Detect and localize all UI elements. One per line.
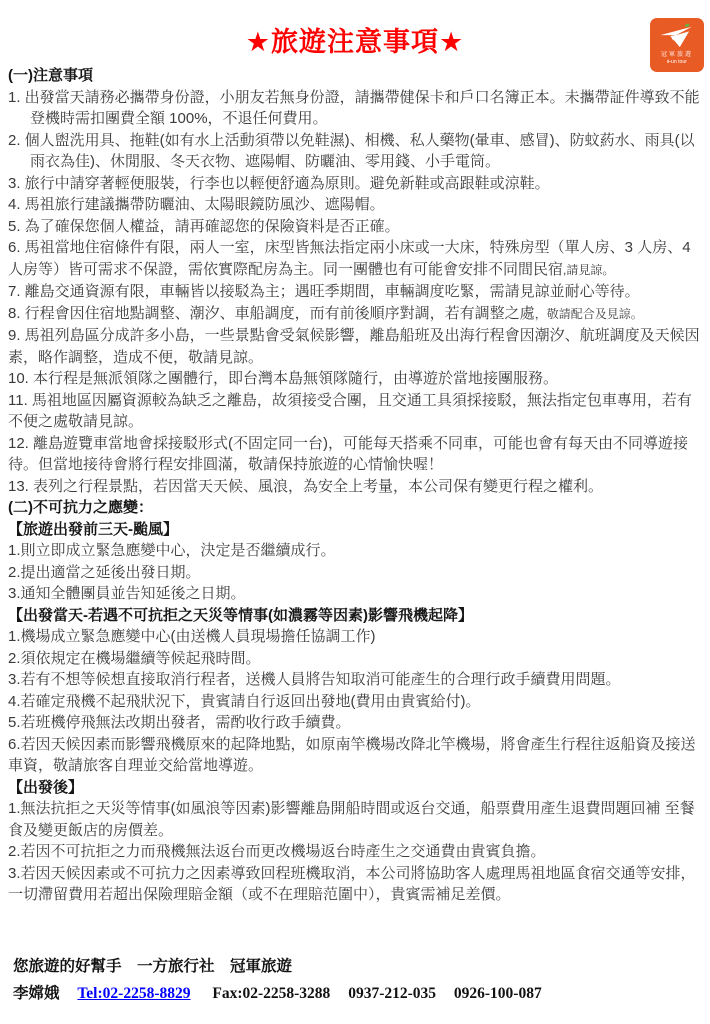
notice-item-4-text: 4. 馬祖旅行建議攜帶防曬油、太陽眼鏡防風沙、遮陽帽。 <box>8 196 385 213</box>
subsection-typhoon-heading: 【旅遊出發前三天-颱風】 <box>8 519 702 541</box>
notice-content: (一)注意事項 1. 出發當天請務必攜帶身份證，小朋友若無身份證，請攜帶健保卡和… <box>0 65 710 906</box>
notice-item-10: 10. 本行程是無派領隊之團體行，即台灣本島無領隊隨行，由導遊於當地接團服務。 <box>8 368 702 390</box>
notice-item-5-text: 5. 為了確保您個人權益，請再確認您的保險資料是否正確。 <box>8 218 400 235</box>
after-departure-item-3: 3.若因天候因素或不可抗力之因素導致回程班機取消，本公司將協助客人處理馬祖地區食… <box>8 863 702 906</box>
footer-slogan: 您旅遊的好幫手 一方旅行社 冠軍旅遊 <box>13 953 556 980</box>
notice-item-11: 11. 馬祖地區因屬資源較為缺乏之離島，故須接受合團，且交通工具須採接駁，無法指… <box>8 390 702 433</box>
notice-item-3: 3. 旅行中請穿著輕便服裝，行李也以輕便舒適為原則。避免新鞋或高跟鞋或涼鞋。 <box>8 173 702 195</box>
section2-heading: (二)不可抗力之應變： <box>8 497 702 519</box>
departure-day-item-6: 6.若因天候因素而影響飛機原來的起降地點，如原南竿機場改降北竿機場，將會產生行程… <box>8 734 702 777</box>
notice-item-13-text: 13. 表列之行程景點，若因當天天候、風浪，為安全上考量，本公司保有變更行程之權… <box>8 478 603 495</box>
notice-item-13: 13. 表列之行程景點，若因當天天候、風浪，為安全上考量，本公司保有變更行程之權… <box>8 476 702 498</box>
notice-item-7-text: 7. 離島交通資源有限，車輛皆以接駁為主；遇旺季期間，車輛調度吃緊，需請見諒並耐… <box>8 283 640 300</box>
notice-item-12: 12. 離島遊覽車當地會採接駁形式(不固定同一台)，可能每天搭乘不同車，可能也會… <box>8 433 702 476</box>
brand-name-cn: 冠軍旅遊 <box>661 51 693 59</box>
departure-day-item-3: 3.若有不想等候想直接取消行程者，送機人員將告知取消可能產生的合理行政手續費用問… <box>8 669 702 691</box>
footer-contact-line: 李嫦娥 Tel:02-2258-8829 Fax:02-2258-3288 09… <box>13 980 556 1007</box>
departure-day-item-2: 2.須依規定在機場繼續等候起飛時間。 <box>8 648 702 670</box>
contact-name: 李嫦娥 <box>13 985 60 1002</box>
mobile-number-2: 0926-100-087 <box>454 985 542 1002</box>
notice-item-7: 7. 離島交通資源有限，車輛皆以接駁為主；遇旺季期間，車輛調度吃緊，需請見諒並耐… <box>8 281 702 303</box>
notice-item-3-text: 3. 旅行中請穿著輕便服裝，行李也以輕便舒適為原則。避免新鞋或高跟鞋或涼鞋。 <box>8 175 550 192</box>
travel-notice-page: ★旅遊注意事項★ 冠軍旅遊 iFun tour (一)注意事項 1. 出發當天請… <box>0 0 710 1024</box>
typhoon-item-2: 2.提出適當之延後出發日期。 <box>8 562 702 584</box>
notice-item-11-text: 11. 馬祖地區因屬資源較為缺乏之離島，故須接受合團，且交通工具須採接駁，無法指… <box>8 392 692 431</box>
footer: 您旅遊的好幫手 一方旅行社 冠軍旅遊 李嫦娥 Tel:02-2258-8829 … <box>13 953 556 1007</box>
notice-item-4: 4. 馬祖旅行建議攜帶防曬油、太陽眼鏡防風沙、遮陽帽。 <box>8 194 702 216</box>
subsection-after-departure-heading: 【出發後】 <box>8 777 702 799</box>
brand-name-en: iFun tour <box>667 60 687 66</box>
notice-item-2: 2. 個人盥洗用具、拖鞋(如有水上活動須帶以免鞋濕)、相機、私人藥物(暈車、感冒… <box>8 130 702 173</box>
notice-item-10-text: 10. 本行程是無派領隊之團體行，即台灣本島無領隊隨行，由導遊於當地接團服務。 <box>8 370 558 387</box>
departure-day-item-5: 5.若班機停飛無法改期出發者，需酌收行政手續費。 <box>8 712 702 734</box>
typhoon-item-3: 3.通知全體團員並告知延後之日期。 <box>8 583 702 605</box>
notice-item-5: 5. 為了確保您個人權益，請再確認您的保險資料是否正確。 <box>8 216 702 238</box>
notice-item-8-text: 8. 行程會因住宿地點調整、潮汐、車船調度，而有前後順序對調，若有調整之處 <box>8 305 535 322</box>
typhoon-item-1: 1.則立即成立緊急應變中心，決定是否繼續成行。 <box>8 540 702 562</box>
notice-item-8: 8. 行程會因住宿地點調整、潮汐、車船調度，而有前後順序對調，若有調整之處，敬請… <box>8 303 702 326</box>
notice-item-9-text: 9. 馬祖列島區分成許多小島，一些景點會受氣候影響，離島船班及出海行程會因潮汐、… <box>8 327 700 366</box>
fax-number: Fax:02-2258-3288 <box>212 985 330 1002</box>
notice-item-8-small-text: ，敬請配合及見諒。 <box>535 307 643 321</box>
mobile-number-1: 0937-212-035 <box>348 985 436 1002</box>
notice-item-1: 1. 出發當天請務必攜帶身份證，小朋友若無身份證，請攜帶健保卡和戶口名簿正本。未… <box>8 87 702 130</box>
notice-item-9: 9. 馬祖列島區分成許多小島，一些景點會受氣候影響，離島船班及出海行程會因潮汐、… <box>8 325 702 368</box>
notice-item-2-text: 2. 個人盥洗用具、拖鞋(如有水上活動須帶以免鞋濕)、相機、私人藥物(暈車、感冒… <box>8 132 695 171</box>
after-departure-item-1: 1.無法抗拒之天災等情事(如風浪等因素)影響離島開船時間或返台交通，船票費用產生… <box>8 798 702 841</box>
notice-item-6: 6. 馬祖當地住宿條件有限，兩人一室，床型皆無法指定兩小床或一大床，特殊房型（單… <box>8 237 702 281</box>
notice-item-12-text: 12. 離島遊覽車當地會採接駁形式(不固定同一台)，可能每天搭乘不同車，可能也會… <box>8 435 688 474</box>
section1-heading: (一)注意事項 <box>8 65 702 87</box>
notice-item-6-small-text: ,請見諒。 <box>563 263 614 277</box>
departure-day-item-4: 4.若確定飛機不起飛狀況下，貴賓請自行返回出發地(費用由貴賓給付)。 <box>8 691 702 713</box>
notice-item-1-text: 1. 出發當天請務必攜帶身份證，小朋友若無身份證，請攜帶健保卡和戶口名簿正本。未… <box>8 89 700 128</box>
brand-logo: 冠軍旅遊 iFun tour <box>650 18 704 72</box>
departure-day-item-1: 1.機場成立緊急應變中心(由送機人員現場擔任協調工作) <box>8 626 702 648</box>
after-departure-item-2: 2.若因不可抗拒之力而飛機無法返台而更改機場返台時產生之交通費由貴賓負擔。 <box>8 841 702 863</box>
tel-link[interactable]: Tel:02-2258-8829 <box>77 985 190 1002</box>
bird-icon <box>658 23 696 49</box>
subsection-departure-day-heading: 【出發當天-若遇不可抗拒之天災等情事(如濃霧等因素)影響飛機起降】 <box>8 605 702 627</box>
page-title: ★旅遊注意事項★ <box>0 20 710 59</box>
